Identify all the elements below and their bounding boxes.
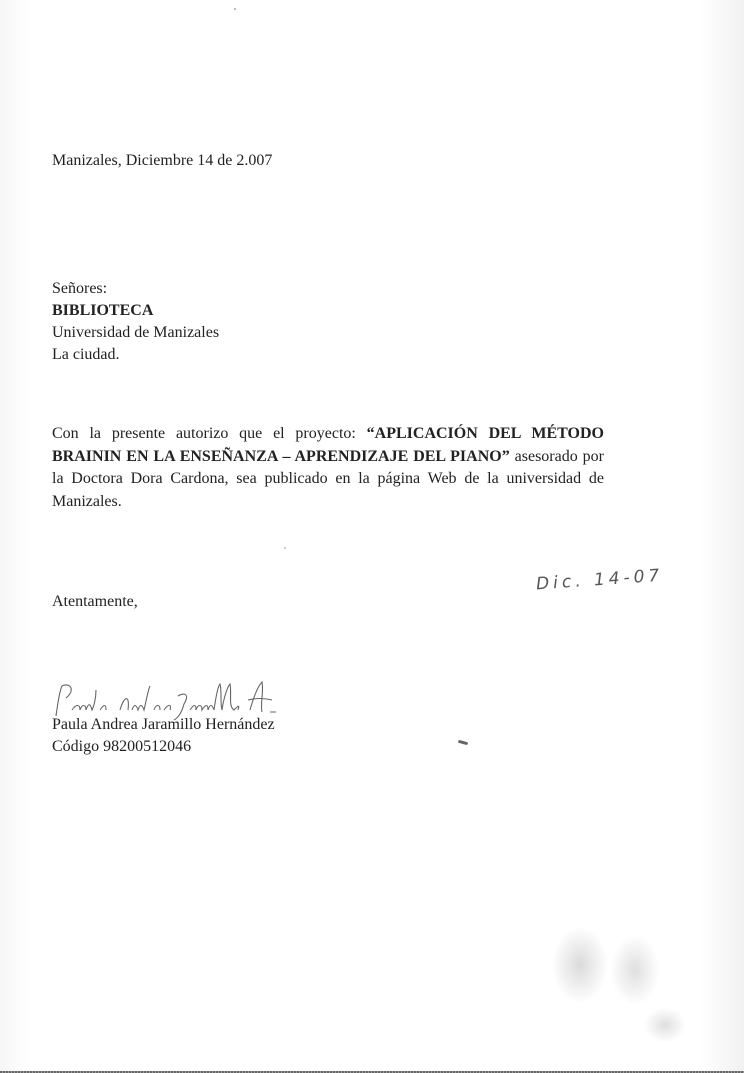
handwritten-date: Dic. 14-07: [535, 566, 663, 595]
salutation: Señores:: [52, 278, 219, 300]
signer-name: Paula Andrea Jaramillo Hernández: [52, 714, 275, 736]
recipient-institution: Universidad de Manizales: [52, 322, 219, 344]
closing: Atentamente,: [52, 591, 138, 613]
date-line: Manizales, Diciembre 14 de 2.007: [52, 150, 272, 172]
body-intro: Con la presente autorizo que el proyecto…: [52, 425, 367, 442]
signer-block: Paula Andrea Jaramillo Hernández Código …: [52, 714, 275, 758]
recipient-city: La ciudad.: [52, 344, 219, 366]
fingerprint-smudge: [520, 910, 700, 1050]
signer-code: Código 98200512046: [52, 736, 275, 758]
scan-speck: [284, 547, 286, 549]
scan-speck: [458, 740, 468, 745]
scanned-letter-page: Manizales, Diciembre 14 de 2.007 Señores…: [0, 0, 744, 1073]
recipient-block: Señores: BIBLIOTECA Universidad de Maniz…: [52, 278, 219, 366]
recipient-name: BIBLIOTECA: [52, 300, 219, 322]
scan-speck: [234, 8, 236, 10]
body-paragraph: Con la presente autorizo que el proyecto…: [52, 423, 604, 513]
